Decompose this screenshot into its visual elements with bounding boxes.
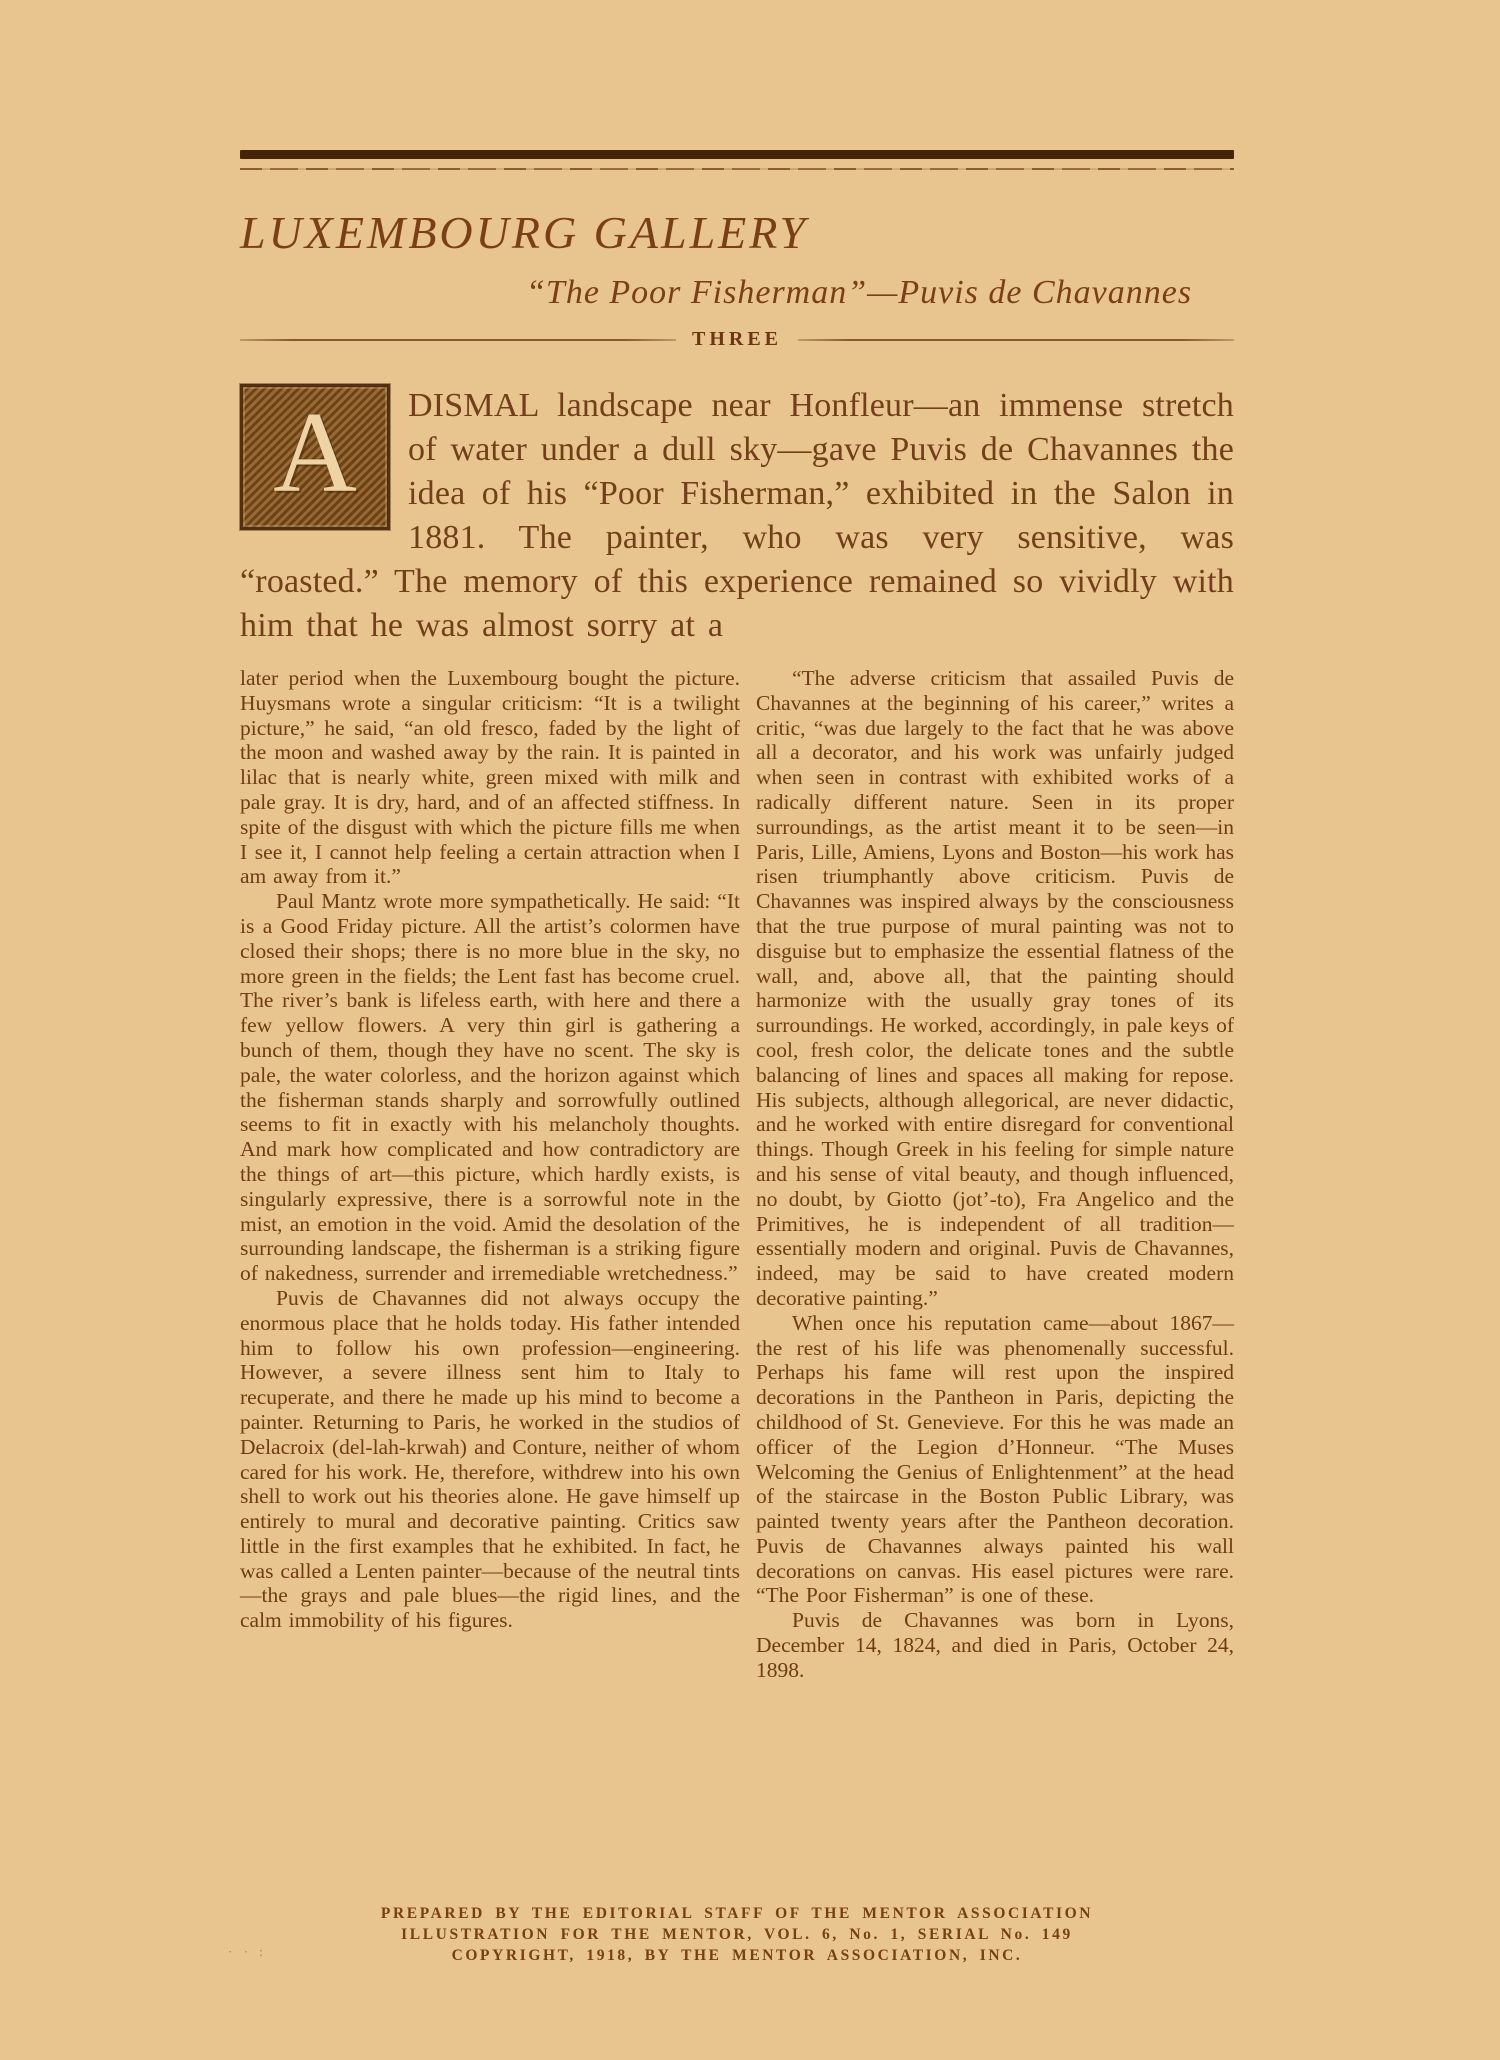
section-rule-right <box>798 339 1234 341</box>
print-artifact-marks: · · : <box>228 1944 267 1960</box>
right-column: “The adverse criticism that assailed Puv… <box>756 666 1234 1683</box>
footer-line: COPYRIGHT, 1918, BY THE MENTOR ASSOCIATI… <box>240 1945 1234 1966</box>
page-content: LUXEMBOURG GALLERY “The Poor Fisherman”—… <box>240 150 1234 1683</box>
dropcap-container: A <box>240 384 390 549</box>
paragraph: “The adverse criticism that assailed Puv… <box>756 666 1234 1311</box>
intro-paragraph: A DISMAL landscape near Honfleur—an imme… <box>240 384 1234 648</box>
section-number-label: THREE <box>692 328 782 351</box>
article-subtitle: “The Poor Fisherman”—Puvis de Chavannes <box>526 275 1234 311</box>
section-number-row: THREE <box>240 328 1234 351</box>
paragraph: later period when the Luxembourg bought … <box>240 666 740 889</box>
dropcap-letter: A <box>273 395 357 519</box>
header-thick-rule <box>240 150 1234 159</box>
section-rule-left <box>240 339 676 341</box>
scanned-magazine-page: LUXEMBOURG GALLERY “The Poor Fisherman”—… <box>0 0 1500 2060</box>
footer-line: ILLUSTRATION FOR THE MENTOR, VOL. 6, No.… <box>240 1924 1234 1945</box>
footer-line: PREPARED BY THE EDITORIAL STAFF OF THE M… <box>240 1903 1234 1924</box>
left-column: later period when the Luxembourg bought … <box>240 666 740 1683</box>
imprint-footer: PREPARED BY THE EDITORIAL STAFF OF THE M… <box>240 1903 1234 1966</box>
dropcap-box: A <box>240 384 390 530</box>
paragraph: Paul Mantz wrote more sympathetically. H… <box>240 889 740 1286</box>
paragraph: When once his reputation came—about 1867… <box>756 1311 1234 1609</box>
paragraph: Puvis de Chavannes did not always occupy… <box>240 1286 740 1633</box>
article-body: later period when the Luxembourg bought … <box>240 666 1234 1683</box>
page-title: LUXEMBOURG GALLERY <box>240 209 1234 257</box>
header-thin-rule <box>240 168 1234 170</box>
paragraph: Puvis de Chavannes was born in Lyons, De… <box>756 1608 1234 1682</box>
